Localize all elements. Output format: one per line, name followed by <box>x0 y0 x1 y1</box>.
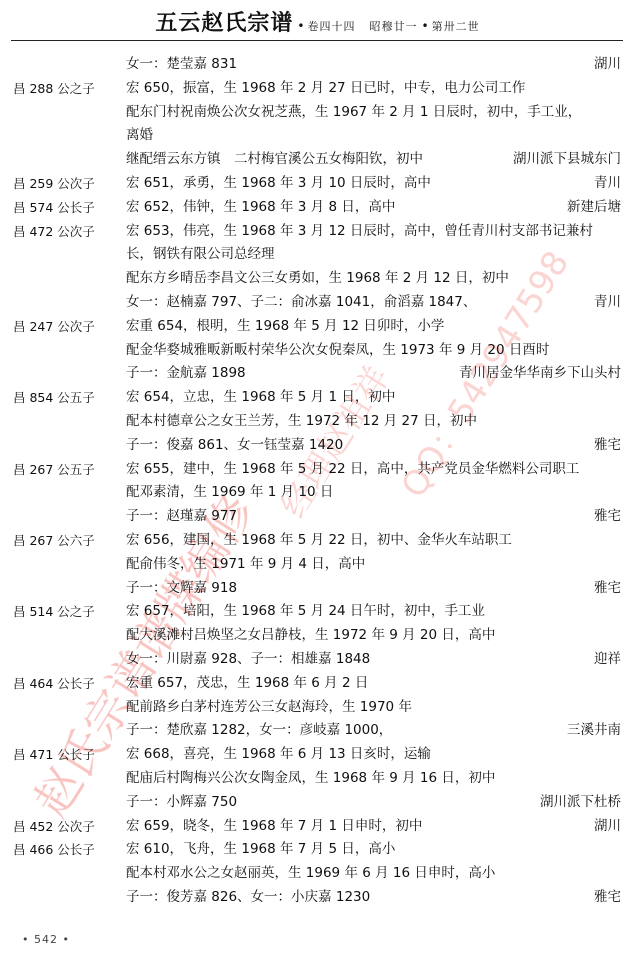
entry-row: 继配缙云东方镇 二村梅官溪公五女梅阳钦，初中湖川派下县城东门 <box>0 148 635 172</box>
entry-text: 配东方乡晴岳李昌文公三女勇如，生 1968 年 2 月 12 日，初中 <box>126 267 509 291</box>
entry-text: 子一：俊嘉 861、女一钰莹嘉 1420 <box>126 434 343 458</box>
entry-text: 子一：小辉嘉 750 <box>126 791 237 815</box>
entry-text: 宏 650，振富，生 1968 年 2 月 27 日已时，中专，电力公司工作 <box>126 77 525 101</box>
entry-row: 昌 514 公之子宏 657，培阳，生 1968 年 5 月 24 日午时，初中… <box>0 600 635 624</box>
entry-text: 配本村德章公之女王兰芳，生 1972 年 12 月 27 日，初中 <box>126 410 477 434</box>
entry-text: 宏 653，伟亮，生 1968 年 3 月 12 日辰时，高中，曾任青川村支部书… <box>126 220 593 244</box>
place-label: 湖川 <box>594 815 621 839</box>
entry-text: 子一：文辉嘉 918 <box>126 577 237 601</box>
entry-row: 配大溪滩村吕焕坚之女吕静枝，生 1972 年 9 月 20 日，高中 <box>0 624 635 648</box>
entry-row: 昌 464 公长子宏重 657，茂忠，生 1968 年 6 月 2 日 <box>0 672 635 696</box>
entry-text: 配金华婺城雅畈新畈村荣华公次女倪秦凤，生 1973 年 9 月 20 日酉时 <box>126 339 549 363</box>
entry-text: 女一：赵楠嘉 797、子二：俞冰嘉 1041，俞滔嘉 1847、 <box>126 291 476 315</box>
entry-row: 女一：川尉嘉 928、子一：相雄嘉 1848迎祥 <box>0 648 635 672</box>
entry-row: 配东方乡晴岳李昌文公三女勇如，生 1968 年 2 月 12 日，初中 <box>0 267 635 291</box>
entry-text: 宏 657，培阳，生 1968 年 5 月 24 日午时，初中，手工业 <box>126 600 485 624</box>
lineage-label: 昌 267 公六子 <box>13 529 95 553</box>
entry-row: 配庙后村陶梅兴公次女陶金凤，生 1968 年 9 月 16 日，初中 <box>0 767 635 791</box>
entry-row: 子一：小辉嘉 750湖川派下杜桥 <box>0 791 635 815</box>
entry-text: 宏 610，飞舟，生 1968 年 7 月 5 日，高小 <box>126 838 395 862</box>
place-label: 新建后塘 <box>567 196 621 220</box>
place-label: 青川居金华华南乡下山头村 <box>459 362 621 386</box>
place-label: 雅宅 <box>594 434 621 458</box>
entry-row: 配金华婺城雅畈新畈村荣华公次女倪秦凤，生 1973 年 9 月 20 日酉时 <box>0 339 635 363</box>
entry-text: 宏 654，立忠，生 1968 年 5 月 1 日，初中 <box>126 386 395 410</box>
entry-row: 子一：金航嘉 1898青川居金华华南乡下山头村 <box>0 362 635 386</box>
place-label: 迎祥 <box>594 648 621 672</box>
lineage-label: 昌 247 公次子 <box>13 315 95 339</box>
entry-row: 子一：楚欣嘉 1282，女一：彦岐嘉 1000，三溪井南 <box>0 719 635 743</box>
page-header: 五云赵氏宗谱•卷四十四昭穆廿一•第卅二世 <box>0 6 635 37</box>
entry-row: 昌 471 公长子宏 668，喜亮，生 1968 年 6 月 13 日亥时，运输 <box>0 743 635 767</box>
entry-text: 宏 652，伟钟，生 1968 年 3 月 8 日，高中 <box>126 196 395 220</box>
lineage-label: 昌 472 公次子 <box>13 220 95 244</box>
lineage-label: 昌 259 公次子 <box>13 172 95 196</box>
entry-text: 配本村邓水公之女赵丽英，生 1969 年 6 月 16 日申时，高小 <box>126 862 495 886</box>
entry-text: 宏重 657，茂忠，生 1968 年 6 月 2 日 <box>126 672 368 696</box>
lineage-label: 昌 452 公次子 <box>13 815 95 839</box>
entry-text: 配前路乡白茅村连芳公三女赵海玲，生 1970 年 <box>126 696 412 720</box>
lineage-label: 昌 464 公长子 <box>13 672 95 696</box>
entry-row: 子一：文辉嘉 918雅宅 <box>0 577 635 601</box>
entry-row: 长，钢铁有限公司总经理 <box>0 243 635 267</box>
lineage-label: 昌 466 公长子 <box>13 838 95 862</box>
entry-text: 长，钢铁有限公司总经理 <box>126 243 275 267</box>
entry-row: 昌 466 公长子宏 610，飞舟，生 1968 年 7 月 5 日，高小 <box>0 838 635 862</box>
header-rule <box>11 40 623 41</box>
entry-row: 昌 472 公次子宏 653，伟亮，生 1968 年 3 月 12 日辰时，高中… <box>0 220 635 244</box>
entry-row: 子一：俊芳嘉 826、女一：小庆嘉 1230雅宅 <box>0 886 635 910</box>
entry-text: 宏 668，喜亮，生 1968 年 6 月 13 日亥时，运输 <box>126 743 431 767</box>
entry-row: 配东门村祝南焕公次女祝芝燕，生 1967 年 2 月 1 日辰时，初中，手工业， <box>0 101 635 125</box>
lineage-label: 昌 471 公长子 <box>13 743 95 767</box>
entry-text: 离婚 <box>126 124 153 148</box>
entry-row: 配前路乡白茅村连芳公三女赵海玲，生 1970 年 <box>0 696 635 720</box>
entry-row: 配俞伟冬，生 1971 年 9 月 4 日，高中 <box>0 553 635 577</box>
entry-row: 女一：楚莹嘉 831湖川 <box>0 53 635 77</box>
entry-row: 配本村德章公之女王兰芳，生 1972 年 12 月 27 日，初中 <box>0 410 635 434</box>
entry-text: 配邓素清，生 1969 年 1 月 10 日 <box>126 481 333 505</box>
lineage-label: 昌 267 公五子 <box>13 458 95 482</box>
place-label: 湖川派下杜桥 <box>540 791 621 815</box>
entry-text: 配俞伟冬，生 1971 年 9 月 4 日，高中 <box>126 553 365 577</box>
entry-row: 子一：赵瑾嘉 977雅宅 <box>0 505 635 529</box>
header-separator: • <box>297 19 304 33</box>
entry-text: 宏 659，晓冬，生 1968 年 7 月 1 日申时，初中 <box>126 815 422 839</box>
entry-text: 配东门村祝南焕公次女祝芝燕，生 1967 年 2 月 1 日辰时，初中，手工业， <box>126 101 581 125</box>
generation-label: 第卅二世 <box>432 20 480 33</box>
lineage-label: 昌 574 公长子 <box>13 196 95 220</box>
volume-label: 卷四十四 <box>308 20 356 33</box>
place-label: 湖川 <box>594 53 621 77</box>
branch-label: 昭穆廿一 <box>370 20 418 33</box>
entry-row: 配邓素清，生 1969 年 1 月 10 日 <box>0 481 635 505</box>
entry-text: 子一：楚欣嘉 1282，女一：彦岐嘉 1000， <box>126 719 392 743</box>
place-label: 三溪井南 <box>567 719 621 743</box>
entry-row: 子一：俊嘉 861、女一钰莹嘉 1420雅宅 <box>0 434 635 458</box>
lineage-label: 昌 514 公之子 <box>13 600 95 624</box>
entry-row: 昌 247 公次子宏重 654，根明，生 1968 年 5 月 12 日卯时，小… <box>0 315 635 339</box>
genealogy-entries: 女一：楚莹嘉 831湖川 昌 288 公之子宏 650，振富，生 1968 年 … <box>0 53 635 910</box>
lineage-label: 昌 288 公之子 <box>13 77 95 101</box>
place-label: 雅宅 <box>594 505 621 529</box>
entry-row: 昌 259 公次子宏 651，承勇，生 1968 年 3 月 10 日辰时，高中… <box>0 172 635 196</box>
entry-text: 宏 655，建中，生 1968 年 5 月 22 日，高中，共产党员金华燃料公司… <box>126 458 579 482</box>
place-label: 雅宅 <box>594 577 621 601</box>
entry-row: 昌 854 公五子宏 654，立忠，生 1968 年 5 月 1 日，初中 <box>0 386 635 410</box>
entry-text: 子一：赵瑾嘉 977 <box>126 505 237 529</box>
entry-row: 女一：赵楠嘉 797、子二：俞冰嘉 1041，俞滔嘉 1847、青川 <box>0 291 635 315</box>
entry-row: 昌 267 公六子宏 656，建国，生 1968 年 5 月 22 日，初中、金… <box>0 529 635 553</box>
page-number: • 542 • <box>22 933 70 946</box>
place-label: 青川 <box>594 172 621 196</box>
entry-text: 女一：川尉嘉 928、子一：相雄嘉 1848 <box>126 648 370 672</box>
document-page: 赵氏宗谱谱牒编修 经理赵祖祥 QQ：542947598 五云赵氏宗谱•卷四十四昭… <box>0 0 635 968</box>
entry-text: 继配缙云东方镇 二村梅官溪公五女梅阳钦，初中 <box>126 148 423 172</box>
entry-text: 宏 656，建国，生 1968 年 5 月 22 日，初中、金华火车站职工 <box>126 529 512 553</box>
entry-row: 离婚 <box>0 124 635 148</box>
entry-text: 配大溪滩村吕焕坚之女吕静枝，生 1972 年 9 月 20 日，高中 <box>126 624 495 648</box>
lineage-label: 昌 854 公五子 <box>13 386 95 410</box>
header-separator-2: • <box>422 19 429 33</box>
entry-row: 昌 452 公次子宏 659，晓冬，生 1968 年 7 月 1 日申时，初中湖… <box>0 815 635 839</box>
entry-text: 子一：金航嘉 1898 <box>126 362 246 386</box>
entry-text: 女一：楚莹嘉 831 <box>126 53 237 77</box>
place-label: 青川 <box>594 291 621 315</box>
entry-text: 配庙后村陶梅兴公次女陶金凤，生 1968 年 9 月 16 日，初中 <box>126 767 495 791</box>
entry-row: 昌 574 公长子宏 652，伟钟，生 1968 年 3 月 8 日，高中新建后… <box>0 196 635 220</box>
place-label: 雅宅 <box>594 886 621 910</box>
entry-row: 昌 288 公之子宏 650，振富，生 1968 年 2 月 27 日已时，中专… <box>0 77 635 101</box>
entry-text: 宏 651，承勇，生 1968 年 3 月 10 日辰时，高中 <box>126 172 431 196</box>
entry-row: 配本村邓水公之女赵丽英，生 1969 年 6 月 16 日申时，高小 <box>0 862 635 886</box>
book-title: 五云赵氏宗谱 <box>155 10 293 36</box>
entry-row: 昌 267 公五子宏 655，建中，生 1968 年 5 月 22 日，高中，共… <box>0 458 635 482</box>
place-label: 湖川派下县城东门 <box>513 148 621 172</box>
entry-text: 宏重 654，根明，生 1968 年 5 月 12 日卯时，小学 <box>126 315 444 339</box>
entry-text: 子一：俊芳嘉 826、女一：小庆嘉 1230 <box>126 886 370 910</box>
